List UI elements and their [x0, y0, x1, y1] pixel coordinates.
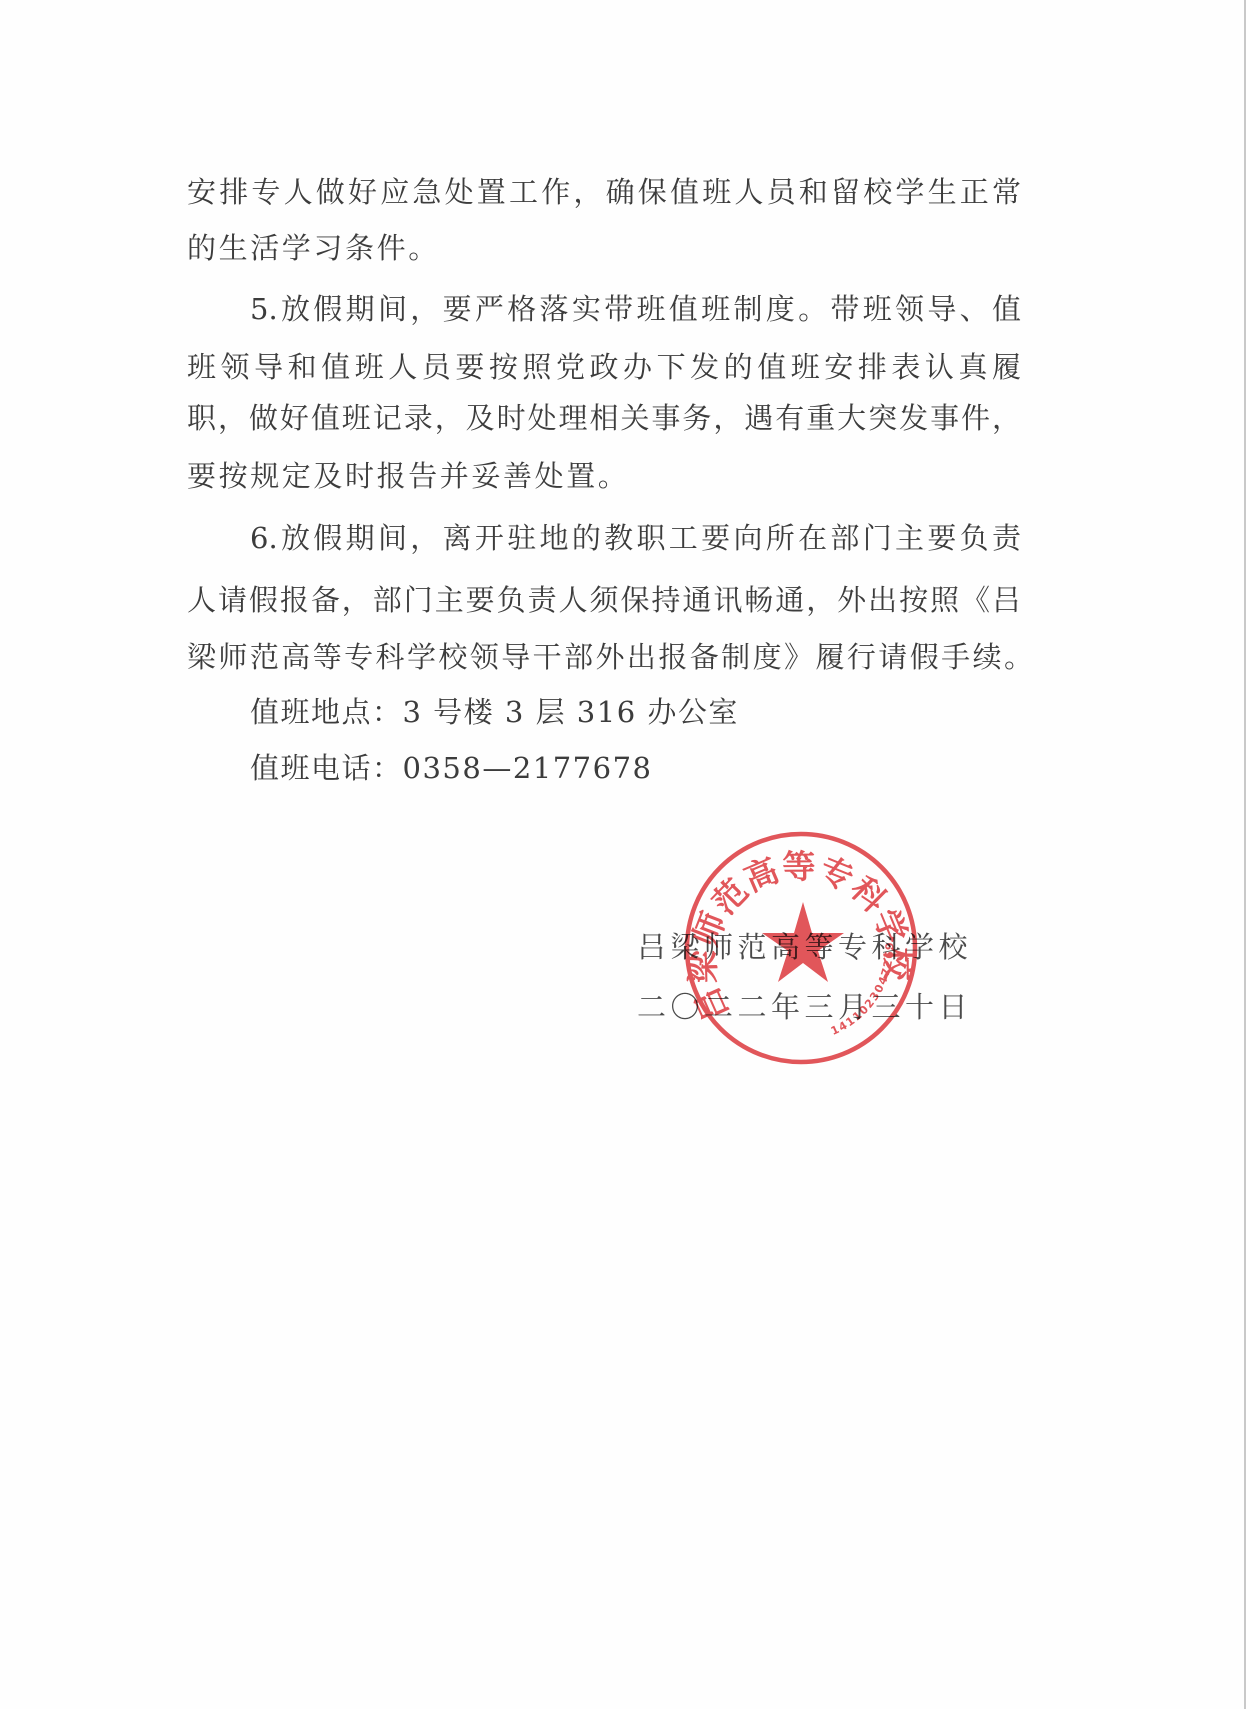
paragraph-line: 梁师范高等专科学校领导干部外出报备制度》履行请假手续。 [187, 637, 1033, 677]
duty-phone: 值班电话：0358—2177678 [250, 748, 652, 788]
star-icon [762, 902, 844, 982]
document-page: 安排专人做好应急处置工作，确保值班人员和留校学生正常 的生活学习条件。 5.放假… [0, 0, 1246, 1709]
duty-location: 值班地点：3 号楼 3 层 316 办公室 [250, 692, 739, 732]
paragraph-line: 职，做好值班记录，及时处理相关事务，遇有重大突发事件， [187, 398, 1021, 438]
paragraph-line: 安排专人做好应急处置工作，确保值班人员和留校学生正常 [187, 172, 1021, 212]
paragraph-line: 人请假报备，部门主要负责人须保持通讯畅通，外出按照《吕 [187, 580, 1021, 620]
paragraph-line: 要按规定及时报告并妥善处置。 [187, 456, 629, 496]
duty-phone-label: 值班电话： [250, 751, 403, 785]
duty-location-value: 3 号楼 3 层 316 办公室 [403, 695, 739, 729]
paragraph-line: 6.放假期间，离开驻地的教职工要向所在部门主要负责 [250, 518, 1021, 558]
official-seal-stamp: 吕梁师范高等专科学校 1411023047269 [683, 830, 919, 1066]
paragraph-line: 的生活学习条件。 [187, 228, 440, 268]
paragraph-line: 5.放假期间，要严格落实带班值班制度。带班领导、值 [250, 289, 1021, 329]
paragraph-line: 班领导和值班人员要按照党政办下发的值班安排表认真履 [187, 347, 1021, 387]
duty-phone-value: 0358—2177678 [403, 751, 653, 785]
duty-location-label: 值班地点： [250, 695, 403, 729]
